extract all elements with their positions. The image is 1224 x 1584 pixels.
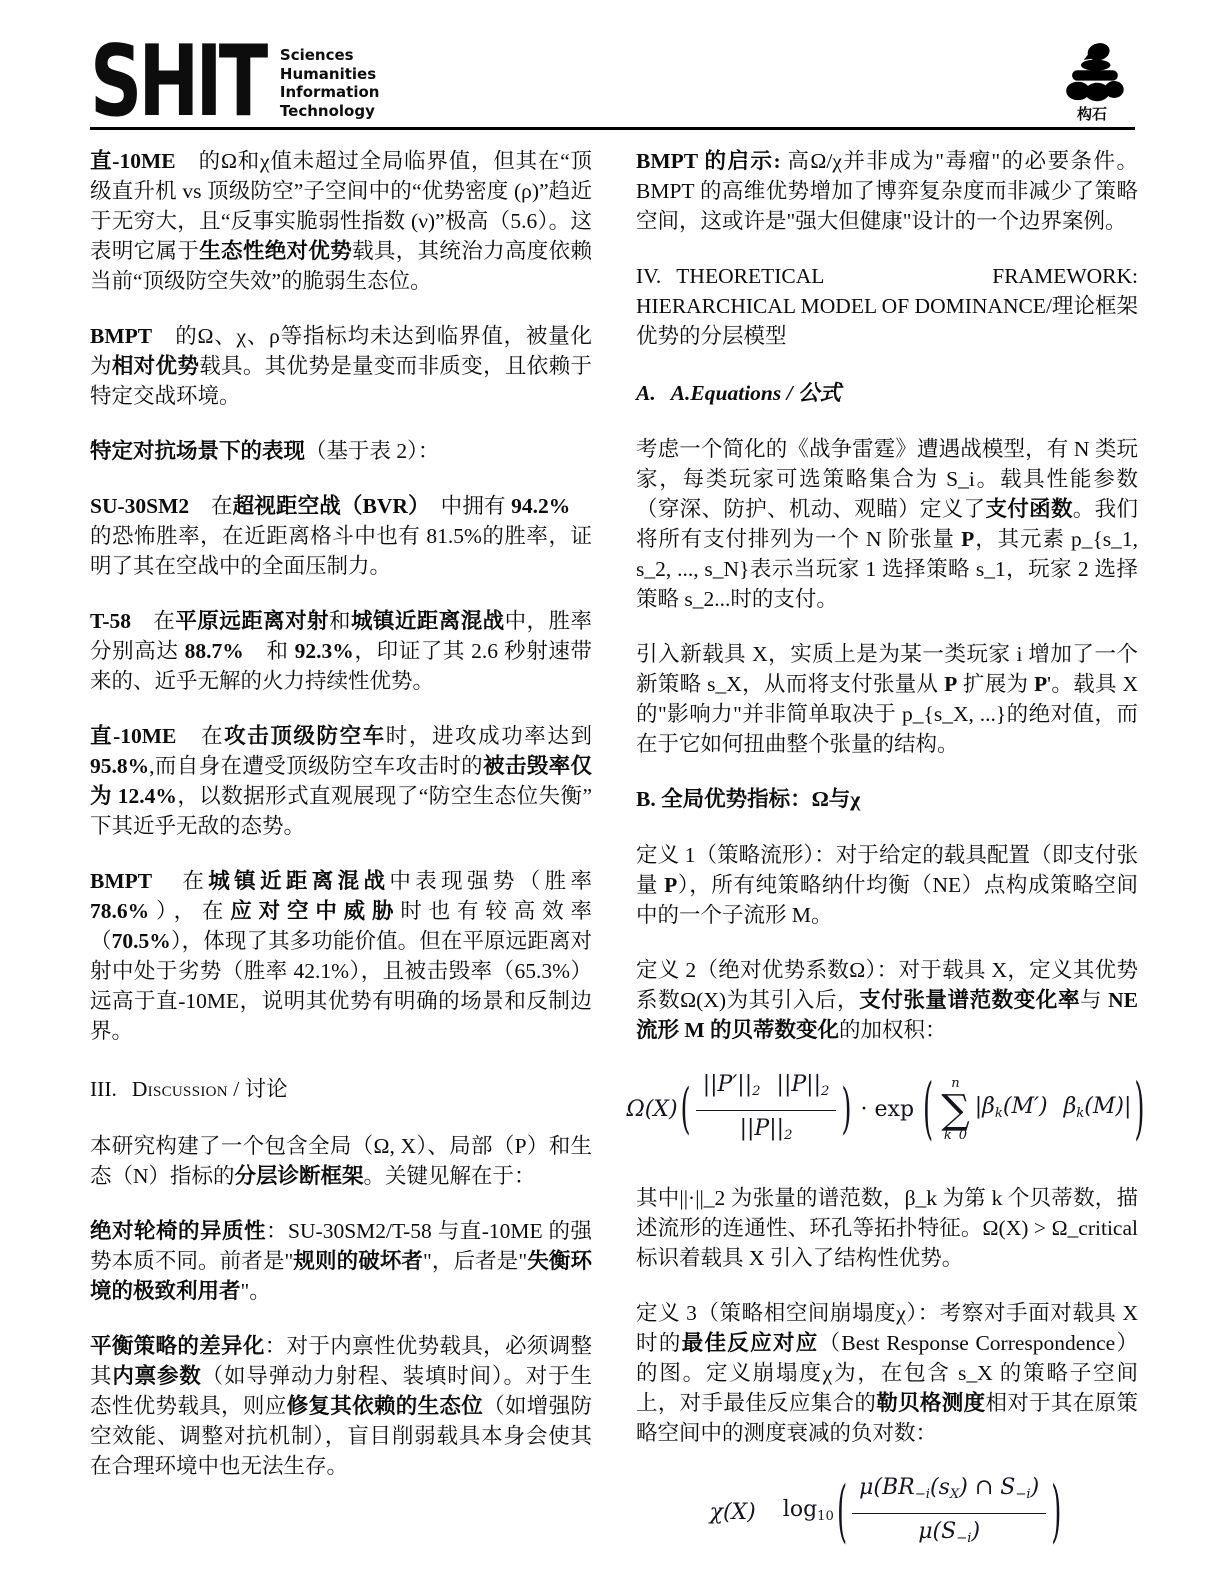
subsection-title: A.Equations / 公式 <box>671 381 841 405</box>
text-run: 绝对轮椅的异质性 <box>90 1219 266 1243</box>
text-run: 直-10ME <box>90 149 176 173</box>
text-run: 特定对抗场景下的表现 <box>90 439 305 463</box>
subscript: −i <box>915 1487 930 1502</box>
page-body: 直-10ME 的Ω和χ值未超过全局临界值，但其在“顶级直升机 vs 顶级防空”子… <box>90 146 1138 1584</box>
text-run: 平原远距离对射 <box>175 609 329 633</box>
text-run: 内禀参数 <box>112 1364 201 1388</box>
measure-term: (s <box>930 1475 950 1500</box>
paragraph-su30sm2: SU-30SM2 在超视距空战（BVR） 中拥有 94.2% 的恐怖胜率，在近距… <box>90 491 592 581</box>
text-run: BMPT <box>90 869 152 893</box>
subsection-number: A. <box>636 381 656 405</box>
section-title-en: Discussion <box>132 1077 228 1101</box>
text-run: T-58 <box>90 609 131 633</box>
log-operator: log10 <box>783 1495 834 1532</box>
measure-term: μ(S <box>918 1519 956 1544</box>
paragraph-bmpt-metrics: BMPT 的Ω、χ、ρ等指标均未达到临界值，被量化为相对优势载具。其优势是量变而… <box>90 321 592 411</box>
close-paren: ) <box>1051 1480 1061 1548</box>
sum-argument: |βk(M′)βk(M)| <box>975 1092 1132 1129</box>
journal-header: SHIT Sciences Humanities Information Tec… <box>90 38 1135 124</box>
sum-index: k <box>944 1128 952 1143</box>
subscript: −i <box>956 1531 971 1546</box>
text-run: 88.7% <box>185 639 244 663</box>
subsection-heading-global-indicators: B. 全局优势指标：Ω与χ <box>636 784 1138 814</box>
text-run: 在 <box>152 869 208 893</box>
text-run: 生态性绝对优势 <box>199 239 352 263</box>
measure-term: μ(BR <box>859 1475 915 1500</box>
text-run: 时，进攻成功率达到 <box>386 724 592 748</box>
paragraph-framework-summary: 本研究构建了一个包含全局（Ω, X）、局部（P）和生态（N）指标的分层诊断框架。… <box>90 1131 592 1191</box>
paragraph-game-model: 考虑一个简化的《战争雷霆》遭遇战模型，有 N 类玩家，每类玩家可选策略集合为 S… <box>636 434 1138 614</box>
paragraph-z10me-global-metrics: 直-10ME 的Ω和χ值未超过全局临界值，但其在“顶级直升机 vs 顶级防空”子… <box>90 146 592 296</box>
logo-subtitle-line: Humanities <box>280 65 380 84</box>
text-run: 在 <box>131 609 175 633</box>
text-run: 平衡策略的差异化 <box>90 1334 265 1358</box>
logo-wordmark: SHIT <box>90 44 265 120</box>
text-run: P <box>664 873 677 897</box>
text-run: ,而自身在遭受顶级防空车攻击时的 <box>149 754 483 778</box>
org-mark: 构石 <box>1049 40 1135 124</box>
text-run: P <box>1034 672 1047 696</box>
paragraph-definition-3: 定义 3（策略相空间崩塌度χ）：考察对手面对载具 X 时的最佳反应对应（Best… <box>636 1298 1138 1448</box>
text-run: 78.6% <box>90 899 149 923</box>
left-column: 直-10ME 的Ω和χ值未超过全局临界值，但其在“顶级直升机 vs 顶级防空”子… <box>90 146 592 1584</box>
paragraph-balancing-strategy: 平衡策略的差异化：对于内禀性优势载具，必须调整其内禀参数（如导弹动力射程、装填时… <box>90 1331 592 1481</box>
section-number: III. <box>90 1077 117 1101</box>
text-run: 支付张量谱范数变化率 <box>859 988 1080 1012</box>
right-column: BMPT 的启示: 高Ω/χ并非成为"毒瘤"的必要条件。BMPT 的高维优势增加… <box>636 146 1138 1584</box>
text-run: 中表现强势（胜率 <box>389 869 592 893</box>
text-run: （基于表 2）： <box>305 439 439 463</box>
text-run: 95.8% <box>90 754 149 778</box>
open-paren: ( <box>837 1480 847 1548</box>
betti-term: (M′) <box>1003 1094 1048 1119</box>
eq-lhs: χ(X) <box>710 1498 756 1528</box>
paragraph-norm-explanation: 其中||·||_2 为张量的谱范数，β_k 为第 k 个贝蒂数，描述流形的连通性… <box>636 1183 1138 1273</box>
text-run: 最佳反应对应 <box>682 1331 819 1355</box>
measure-term: ) <box>1031 1475 1040 1500</box>
paragraph-t58: T-58 在平原远距离对射和城镇近距离混战中，胜率分别高达 88.7% 和 92… <box>90 606 592 696</box>
text-run: 在 <box>189 494 232 518</box>
fraction: ||P′||2||P||2||P||2 <box>696 1070 837 1151</box>
section-heading-theoretical-framework: IV.THEORETICAL FRAMEWORK: HIERARCHICAL M… <box>636 261 1138 351</box>
logo-subtitle-line: Information <box>280 83 380 102</box>
denominator: ||P||2 <box>740 1111 793 1151</box>
paragraph-definition-1: 定义 1（策略流形）：对于给定的载具配置（即支付张量 P），所有纯策略纳什均衡（… <box>636 840 1138 930</box>
text-run: 支付函数 <box>985 497 1072 521</box>
paragraph-definition-2: 定义 2（绝对优势系数Ω）：对于载具 X，定义其优势系数Ω(X)为其引入后，支付… <box>636 955 1138 1045</box>
paper-page: SHIT Sciences Humanities Information Tec… <box>0 0 1224 1584</box>
section-heading-discussion: III.Discussion / 讨论 <box>90 1074 592 1104</box>
text-run: 中拥有 <box>419 494 511 518</box>
paragraph-z10me-vs-aa: 直-10ME 在攻击顶级防空车时，进攻成功率达到 95.8%,而自身在遭受顶级防… <box>90 721 592 841</box>
text-run: 修复其依赖的生态位 <box>287 1394 484 1418</box>
text-run: ），所有纯策略纳什均衡（NE）点构成策略空间中的一个子流形 M。 <box>636 873 1138 927</box>
text-run: 和 <box>329 609 351 633</box>
section-title: THEORETICAL FRAMEWORK: HIERARCHICAL MODE… <box>636 264 1138 348</box>
text-run: 勒贝格测度 <box>876 1391 985 1415</box>
section-number: IV. <box>636 264 661 288</box>
text-run: 规则的破坏者 <box>293 1249 423 1273</box>
norm-p: ||P|| <box>740 1116 784 1141</box>
measure-term: ) ∩ S <box>959 1475 1015 1500</box>
text-run: 的加权积： <box>839 1018 947 1042</box>
paragraph-heterogeneity: 绝对轮椅的异质性：SU-30SM2/T-58 与直-10ME 的强势本质不同。前… <box>90 1216 592 1306</box>
eq-lhs: Ω(X) <box>626 1095 677 1125</box>
paragraph-bmpt-scenarios: BMPT 在城镇近距离混战中表现强势（胜率 78.6%），在应对空中威胁时也有较… <box>90 866 592 1046</box>
subsection-heading-equations: A.A.Equations / 公式 <box>636 378 1138 408</box>
logo-subtitle-line: Sciences <box>280 46 380 65</box>
text-run: SU-30SM2 <box>90 494 189 518</box>
text-run: ），在 <box>149 899 230 923</box>
text-run: 城镇近距离混战 <box>351 609 505 633</box>
numerator: μ(BR−i(sX) ∩ S−i) <box>852 1473 1046 1514</box>
fraction: μ(BR−i(sX) ∩ S−i)μ(S−i) <box>852 1473 1046 1554</box>
subscript: 10 <box>817 1509 834 1524</box>
text-run: 直-10ME <box>90 724 176 748</box>
denominator: μ(S−i) <box>918 1514 980 1554</box>
numerator: ||P′||2||P||2 <box>696 1070 837 1111</box>
rock-cairn-icon <box>1055 40 1129 102</box>
text-run: 扩展为 <box>957 672 1034 696</box>
text-run: 应对空中威胁 <box>230 899 400 923</box>
paragraph-new-vehicle: 引入新载具 X，实质上是为某一类玩家 i 增加了一个新策略 s_X，从而将支付张… <box>636 639 1138 759</box>
paragraph-bmpt-insight: BMPT 的启示: 高Ω/χ并非成为"毒瘤"的必要条件。BMPT 的高维优势增加… <box>636 146 1138 236</box>
subscript: 2 <box>752 1084 760 1099</box>
subscript: 2 <box>784 1128 792 1143</box>
close-paren: ) <box>1134 1077 1144 1145</box>
equation-chi: χ(X) log10 ( μ(BR−i(sX) ∩ S−i)μ(S−i) ) <box>636 1473 1138 1554</box>
text-run: 与 <box>1080 988 1108 1012</box>
paragraph-scenario-lead: 特定对抗场景下的表现（基于表 2）： <box>90 436 592 466</box>
subscript: 2 <box>821 1084 829 1099</box>
section-title-zh: / 讨论 <box>228 1077 288 1101</box>
log-text: log <box>783 1497 817 1522</box>
text-run: 分层诊断框架 <box>235 1164 364 1188</box>
subscript: k <box>995 1106 1003 1121</box>
text-run: 城镇近距离混战 <box>208 869 389 893</box>
open-paren: ( <box>923 1077 933 1145</box>
subscript: X <box>950 1487 959 1502</box>
text-run: P <box>944 672 957 696</box>
summation: n∑k0 <box>941 1077 970 1144</box>
cdot-exp-operator: · exp <box>861 1095 915 1125</box>
header-divider <box>90 127 1135 130</box>
text-run: 其中||·||_2 为张量的谱范数，β_k 为第 k 个贝蒂数，描述流形的连通性… <box>636 1186 1138 1270</box>
close-paren: ) <box>841 1083 851 1138</box>
betti-term: (M)| <box>1084 1094 1131 1119</box>
sum-lower-limit: k0 <box>944 1129 967 1143</box>
norm-p-prime: ||P′|| <box>703 1072 752 1097</box>
text-run: 和 <box>244 639 295 663</box>
open-paren: ( <box>681 1083 691 1138</box>
equation-omega: Ω(X) ( ||P′||2||P||2||P||2 ) · exp ( n∑k… <box>636 1070 1138 1151</box>
betti-term: β <box>1064 1094 1077 1119</box>
text-run: 在 <box>176 724 224 748</box>
text-run: BMPT 的启示: <box>636 149 781 173</box>
logo-subtitle-line: Technology <box>280 102 380 121</box>
text-run: 70.5% <box>112 929 171 953</box>
text-run: BMPT <box>90 324 152 348</box>
text-run: 攻击顶级防空车 <box>224 724 386 748</box>
text-run: "，后者是" <box>423 1249 527 1273</box>
text-run: 相对优势 <box>112 354 199 378</box>
text-run: 92.3% <box>295 639 354 663</box>
sigma-symbol: ∑ <box>941 1091 970 1129</box>
text-run: "。 <box>241 1279 271 1303</box>
shit-logo: SHIT Sciences Humanities Information Tec… <box>90 38 379 120</box>
norm-p: ||P|| <box>777 1072 821 1097</box>
org-mark-label: 构石 <box>1049 103 1135 124</box>
measure-term: ) <box>971 1519 980 1544</box>
text-run: 超视距空战（BVR） <box>233 494 419 518</box>
subscript: −i <box>1015 1487 1030 1502</box>
logo-subtitle: Sciences Humanities Information Technolo… <box>280 46 380 120</box>
text-run: P <box>961 527 974 551</box>
betti-term: |β <box>975 1094 995 1119</box>
text-run: 94.2% <box>511 494 570 518</box>
sum-start: 0 <box>959 1128 967 1143</box>
text-run: 。关键见解在于： <box>364 1164 536 1188</box>
